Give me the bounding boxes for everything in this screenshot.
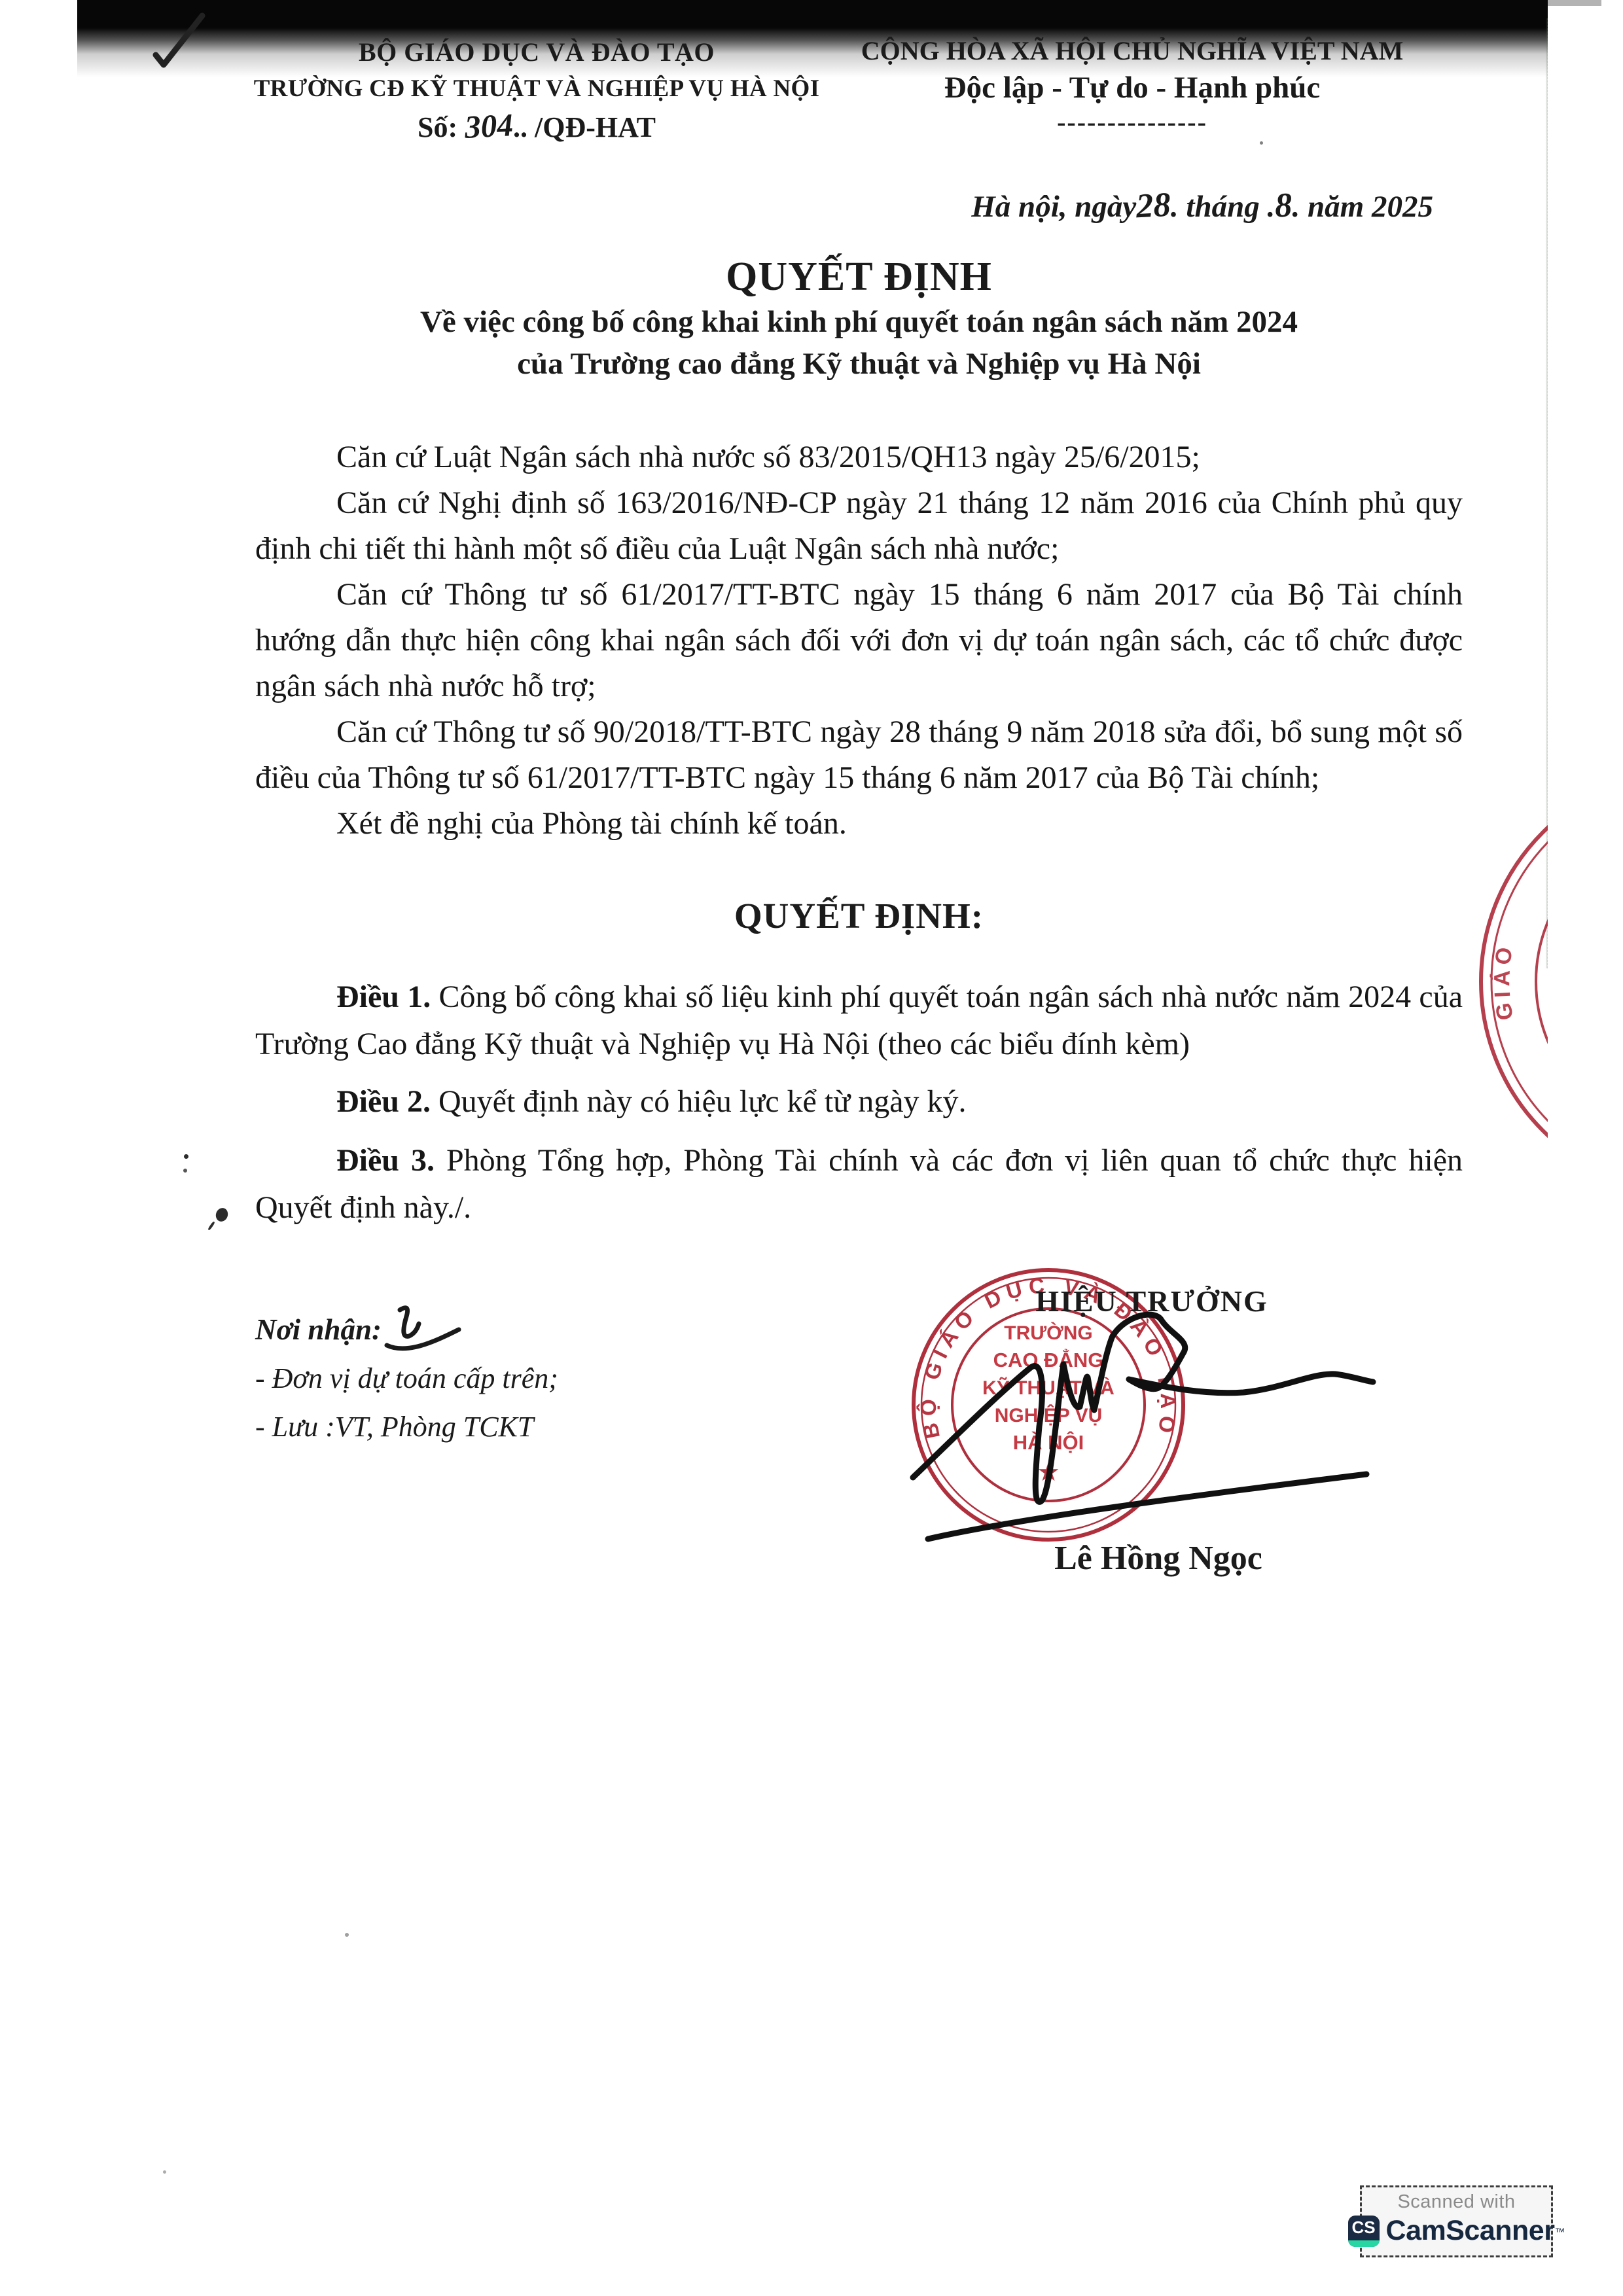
preamble-section: Căn cứ Luật Ngân sách nhà nước số 83/201…	[255, 434, 1463, 847]
national-title: CỘNG HÒA XÃ HỘI CHỦ NGHĨA VIỆT NAM	[841, 33, 1423, 69]
preamble-clause: Căn cứ Nghị định số 163/2016/NĐ-CP ngày …	[255, 480, 1463, 572]
ink-speck	[184, 1154, 188, 1159]
article-3-label: Điều 3.	[336, 1143, 435, 1178]
motto-divider: ---------------	[841, 106, 1423, 139]
subtitle-line-2: của Trường cao đẳng Kỹ thuật và Nghiệp v…	[255, 343, 1463, 385]
recipient-item: - Đơn vị dự toán cấp trên;	[255, 1354, 753, 1403]
national-motto-block: CỘNG HÒA XÃ HỘI CHỦ NGHĨA VIỆT NAM Độc l…	[841, 33, 1423, 139]
preamble-clause: Căn cứ Thông tư số 61/2017/TT-BTC ngày 1…	[255, 572, 1463, 709]
camscanner-brand-row: CS CamScanner™	[1362, 2215, 1551, 2247]
articles-section: Điều 1. Công bố công khai số liệu kinh p…	[255, 974, 1463, 1231]
article-2-text: Quyết định này có hiệu lực kể từ ngày ký…	[431, 1084, 967, 1119]
svg-text:GIÁO: GIÁO	[1489, 941, 1518, 1021]
doc-no-suffix: /QĐ-HAT	[535, 111, 656, 143]
subtitle-line-1: Về việc công bố công khai kinh phí quyết…	[255, 301, 1463, 343]
date-month-handwritten: 8	[1274, 185, 1293, 225]
camscanner-icon: CS	[1348, 2216, 1380, 2247]
scanned-with-label: Scanned with	[1362, 2191, 1551, 2213]
ink-speck	[1260, 141, 1263, 145]
parent-org-name: BỘ GIÁO DỤC VÀ ĐÀO TẠO	[242, 34, 831, 71]
camscanner-watermark: Scanned with CS CamScanner™	[1360, 2185, 1553, 2257]
ink-blot-tail	[207, 1221, 215, 1231]
camscanner-brand-text: CamScanner	[1386, 2215, 1555, 2246]
recipients-heading: Nơi nhận:	[255, 1305, 753, 1354]
partial-stamp-ring-text: GIÁO	[1489, 941, 1518, 1021]
camscanner-icon-letters: CS	[1348, 2217, 1380, 2238]
article-1: Điều 1. Công bố công khai số liệu kinh p…	[255, 974, 1463, 1068]
article-3-text: Phòng Tổng hợp, Phòng Tài chính và các đ…	[255, 1143, 1463, 1225]
preamble-clause: Căn cứ Luật Ngân sách nhà nước số 83/201…	[255, 434, 1463, 480]
preamble-clause: Xét đề nghị của Phòng tài chính kế toán.	[255, 801, 1463, 847]
signer-name: Lê Hồng Ngọc	[942, 1539, 1374, 1578]
handwritten-checkmark	[145, 9, 211, 71]
ink-speck	[163, 2170, 166, 2174]
date-suffix: . năm 2025	[1293, 190, 1433, 224]
scanned-document-page: BỘ GIÁO DỤC VÀ ĐÀO TẠO TRƯỜNG CĐ KỸ THUẬ…	[0, 0, 1623, 2296]
camscanner-brand: CamScanner™	[1386, 2215, 1565, 2247]
article-2-label: Điều 2.	[336, 1084, 431, 1119]
article-1-label: Điều 1.	[336, 980, 431, 1014]
document-number: Số: 304.. /QĐ-HAT	[242, 107, 831, 147]
recipient-item: - Lưu :VT, Phòng TCKT	[255, 1403, 753, 1451]
date-day-handwritten: 28	[1135, 185, 1172, 226]
trademark-symbol: ™	[1554, 2227, 1565, 2238]
ink-blot	[214, 1207, 230, 1224]
scan-edge-strip	[1548, 0, 1601, 6]
ink-speck	[183, 1169, 187, 1173]
preamble-clause: Căn cứ Thông tư số 90/2018/TT-BTC ngày 2…	[255, 709, 1463, 801]
date-mid: . tháng .	[1171, 190, 1275, 224]
handwritten-signature	[825, 1302, 1414, 1564]
org-name: TRƯỜNG CĐ KỸ THUẬT VÀ NGHIỆP VỤ HÀ NỘI	[242, 71, 831, 107]
issuing-org-block: BỘ GIÁO DỤC VÀ ĐÀO TẠO TRƯỜNG CĐ KỸ THUẬ…	[242, 34, 831, 147]
partial-red-stamp: GIÁO	[1407, 752, 1548, 1210]
document-subtitle: Về việc công bố công khai kinh phí quyết…	[255, 301, 1463, 385]
doc-no-handwritten: 304	[464, 106, 514, 147]
date-prefix: Hà nội, ngày	[971, 190, 1136, 224]
date-line: Hà nội, ngày28. tháng .8. năm 2025	[753, 186, 1433, 225]
national-motto: Độc lập - Tự do - Hạnh phúc	[841, 69, 1423, 106]
document-title: QUYẾT ĐỊNH	[255, 254, 1463, 300]
decision-heading: QUYẾT ĐỊNH:	[255, 895, 1463, 936]
article-3: Điều 3. Phòng Tổng hợp, Phòng Tài chính …	[255, 1137, 1463, 1231]
article-1-text: Công bố công khai số liệu kinh phí quyết…	[255, 980, 1463, 1061]
handwritten-flourish	[383, 1302, 474, 1365]
recipients-block: Nơi nhận: - Đơn vị dự toán cấp trên; - L…	[255, 1305, 753, 1451]
ink-speck	[345, 1933, 349, 1937]
doc-no-dots: ..	[513, 111, 527, 143]
doc-no-prefix: Số:	[418, 111, 457, 143]
camscanner-icon-accent-bar	[1348, 2240, 1380, 2247]
article-2: Điều 2. Quyết định này có hiệu lực kể từ…	[255, 1078, 1463, 1125]
